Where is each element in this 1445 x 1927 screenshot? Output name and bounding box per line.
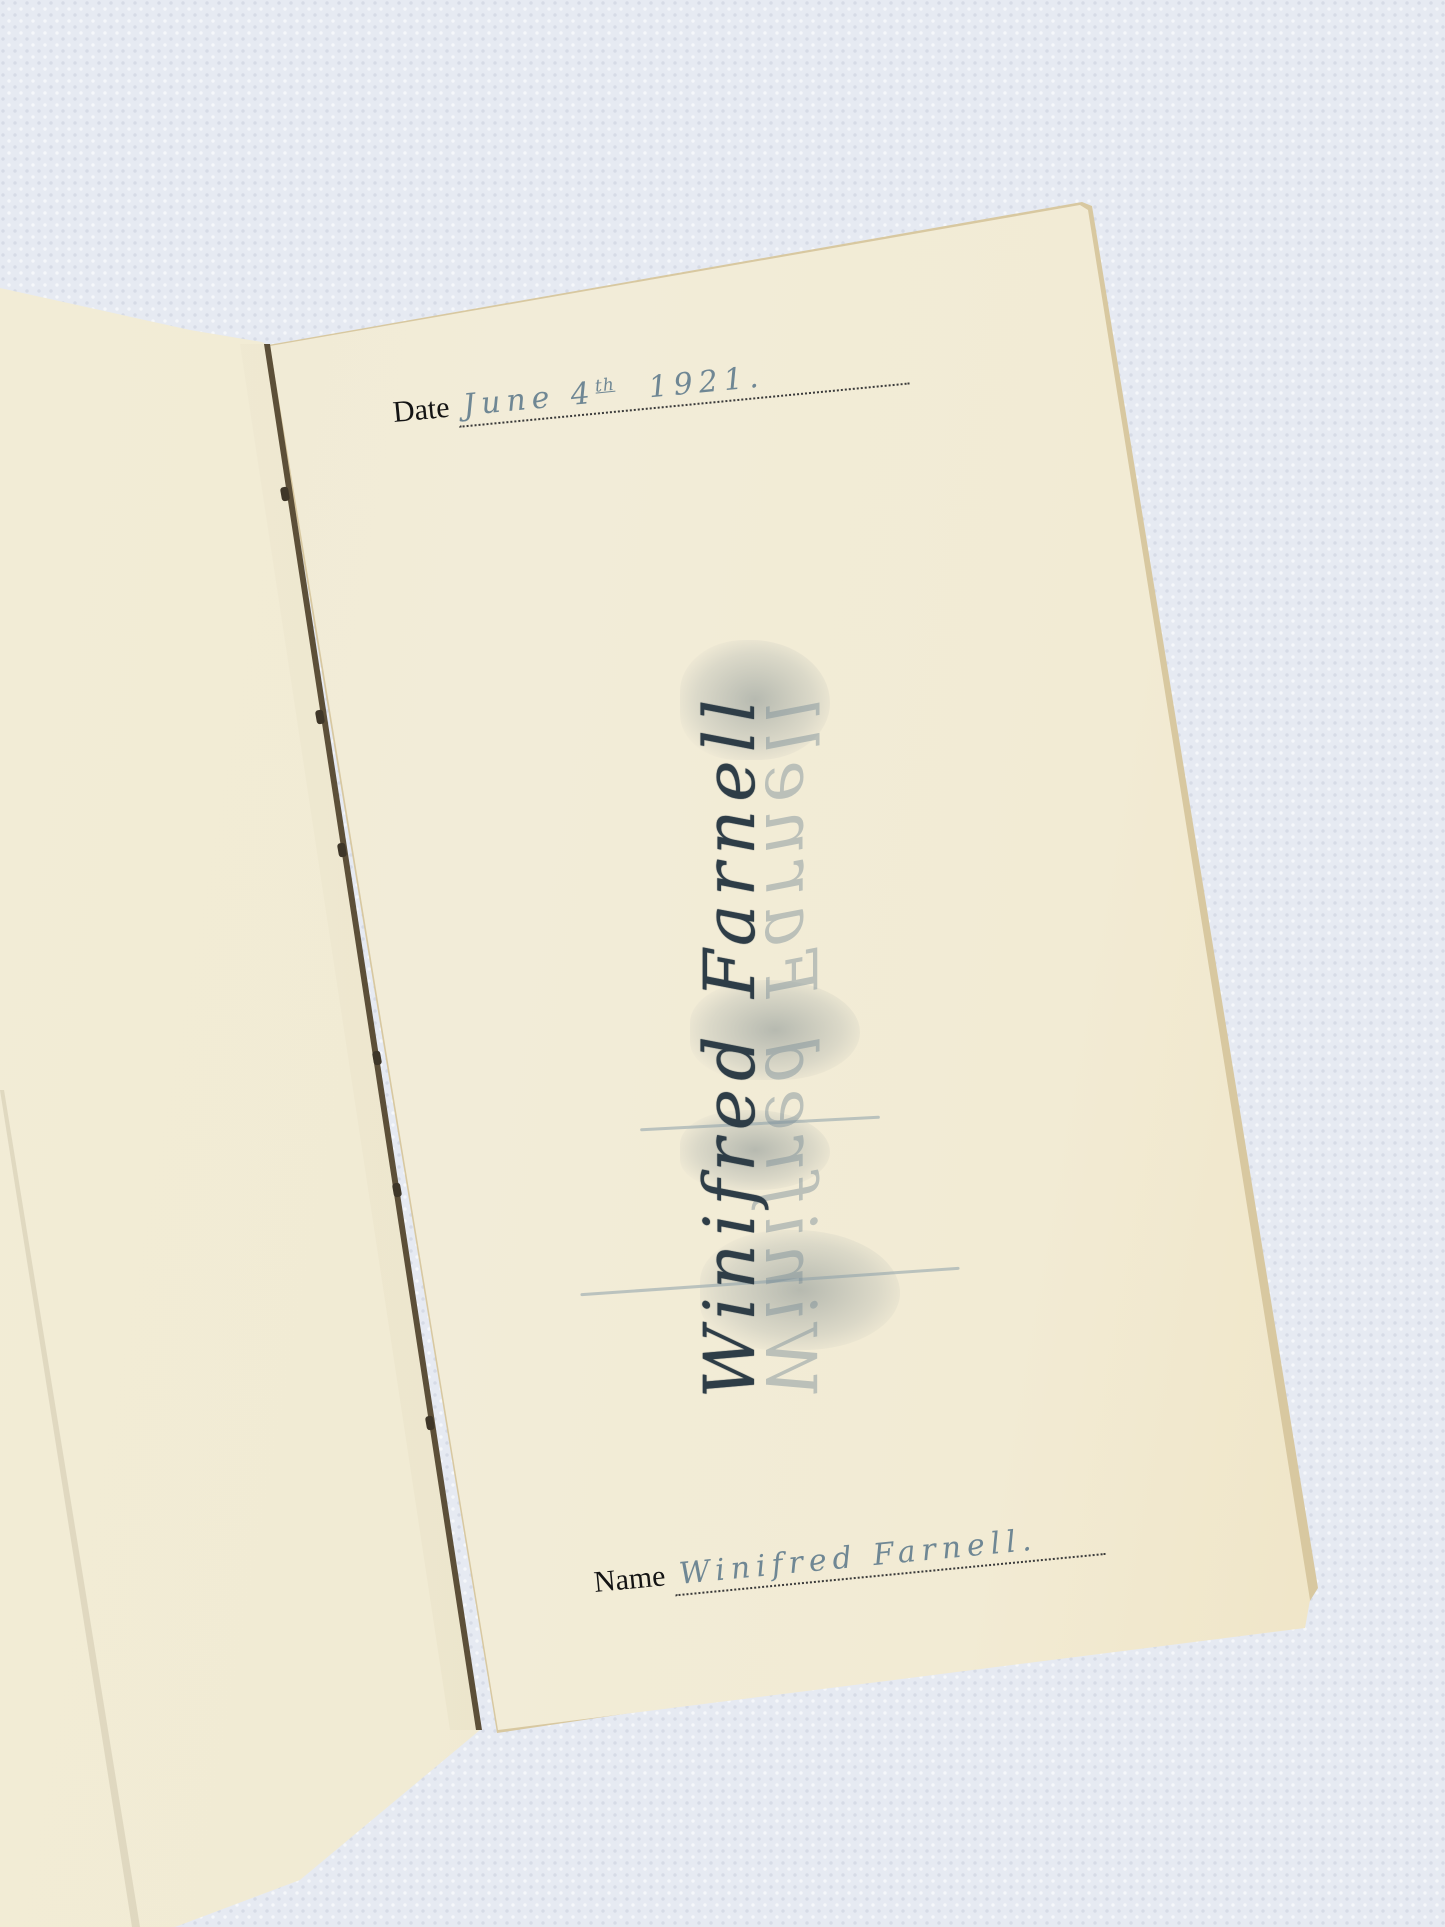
name-label: Name — [592, 1559, 667, 1600]
date-ordinal-suffix: th — [594, 375, 616, 397]
signature-vertical: Winifred Farnell — [700, 645, 760, 1445]
date-label: Date — [391, 391, 451, 430]
book-photo: Date June 4th 1921. Winifred Farnell Win… — [0, 0, 1445, 1927]
ink-blot-signature: Winifred Farnell Winifred Farnell — [620, 640, 880, 1440]
binding-stitch — [372, 1050, 382, 1065]
binding-stitch — [392, 1182, 402, 1197]
